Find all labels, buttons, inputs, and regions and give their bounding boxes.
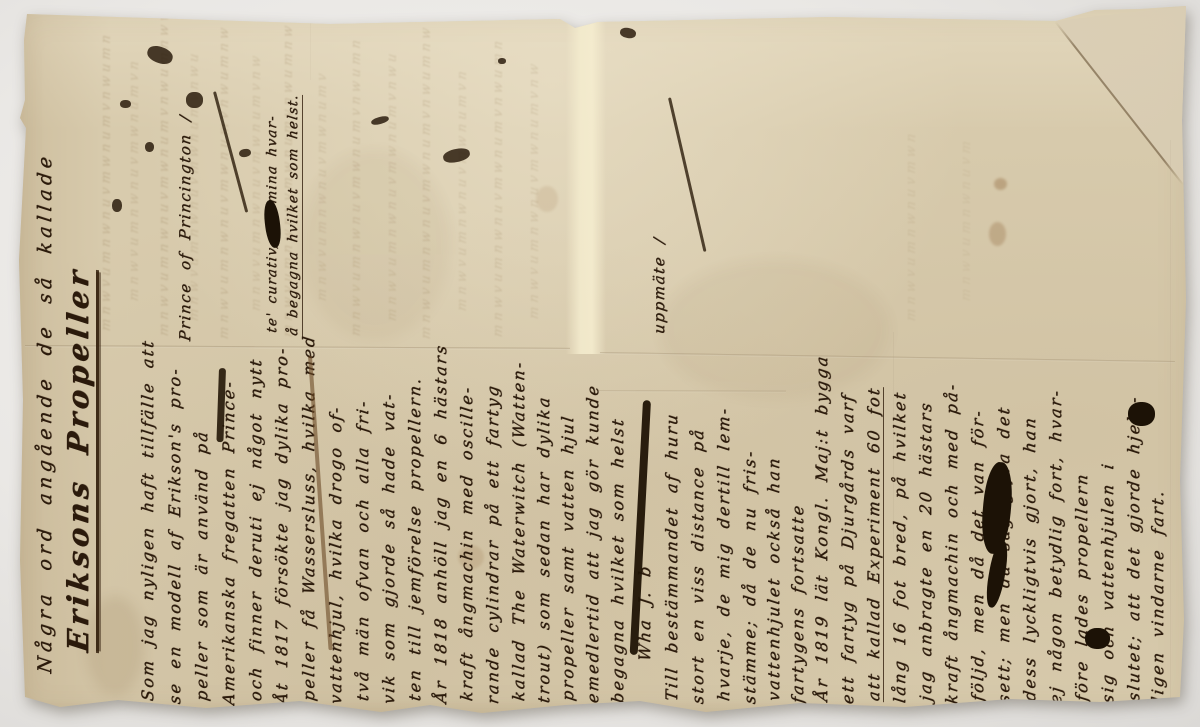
handwriting-line: vik som gjorde så hade vat-: [381, 391, 397, 705]
ghost-handwriting-column: mnwvumnwnuvmwnumvn: [456, 66, 469, 312]
handwriting-line: och finner deruti ej något nytt: [248, 357, 264, 702]
handwriting-line: kallad The Waterwitch (Watten-: [511, 360, 527, 702]
handwriting-line: kraft ångmachin och med på-: [944, 382, 960, 705]
ink-speck: [120, 100, 131, 108]
handwriting-line: fartygens fortsatte: [790, 503, 806, 704]
vertical-fold-crease: [310, 20, 311, 80]
handwriting-line: emedlertid att jag gör kunde: [585, 383, 601, 704]
handwriting-line: uppmäte /: [652, 236, 667, 335]
ink-speck: [573, 13, 603, 22]
handwriting-line: begagna hvilket som helst: [610, 416, 626, 704]
handwriting-line: å begagna hvilket som helst.: [287, 93, 303, 336]
ink-speck: [498, 58, 506, 64]
handwriting-line: två män ofvan och alla fri-: [355, 398, 371, 702]
ink-blot: [1128, 402, 1155, 426]
handwriting-line: Prince of Princington /: [178, 113, 193, 341]
paper-shadow: mnwvumnwnuvmwnumvnwumnmnwvumnwnuvmwnumvn…: [0, 0, 1200, 727]
ink-blot: [1085, 628, 1110, 649]
handwriting-line: ett fartyg på Djurgårds varf: [840, 392, 856, 705]
horizontal-fold-crease: [596, 390, 786, 393]
handwriting-line: ten till jemförelse propellern.: [407, 376, 423, 702]
paper-stain: [300, 150, 450, 340]
handwriting-line: peller som är använd på: [194, 429, 210, 702]
handwriting-line: slutet; att det gjorde hjelp-: [1126, 394, 1142, 702]
tape-repair-strip: [566, 12, 606, 354]
handwriting-line: kraft ångmachin med oscille-: [459, 385, 475, 702]
brown-spot: [994, 178, 1007, 190]
ghost-handwriting-column: mnwvumnwnuvmwnumvnwumnw: [218, 23, 231, 340]
handwriting-line: dess lyckligtvis gjort, han: [1022, 415, 1038, 702]
ghost-handwriting-column: mnwvumnwnuvmwnumvnwumn: [492, 36, 505, 338]
ink-speck: [186, 92, 203, 108]
handwriting-line: Några ord angående de så kallade: [36, 151, 55, 674]
handwriting-line: före lades propellern: [1074, 471, 1090, 701]
horizontal-fold-crease: [25, 345, 570, 350]
paper-stain: [660, 260, 890, 400]
handwriting-line: År 1818 anhöll jag en 6 hästars: [433, 343, 449, 704]
photo-of-letter: mnwvumnwnuvmwnumvnwumnmnwvumnwnuvmwnumvn…: [0, 0, 1200, 727]
pen-stroke: [668, 97, 706, 252]
handwriting-line: följd, men då det van för-: [970, 408, 986, 702]
ink-speck: [619, 27, 636, 40]
handwriting-line: Som jag nyligen haft tillfälle att: [140, 338, 156, 702]
handwriting-line: vattenhjul, hvilka drogo of-: [328, 405, 344, 705]
paper: mnwvumnwnuvmwnumvnwumnmnwvumnwnuvmwnumvn…: [0, 0, 1200, 727]
handwriting-line: sig och vattenhjulen i: [1100, 461, 1116, 704]
ghost-handwriting-column: mnwvumnwnuvm: [960, 136, 973, 302]
ghost-handwriting-column: mnwvumnwnuvmwnumvn: [128, 56, 141, 302]
ghost-handwriting-column: mnwvumnwnuvmwn: [905, 129, 918, 322]
handwriting-line: peller få Wassersluss, hvilka med: [301, 334, 317, 702]
vertical-fold-crease: [1170, 140, 1171, 700]
handwriting-line: ligen vindarne fart.: [1150, 488, 1166, 703]
ink-speck: [145, 142, 154, 152]
handwriting-line: jag anbragte en 20 hästars: [918, 400, 934, 702]
handwriting-line: stämme; då de nu fris-: [742, 448, 758, 705]
ghost-handwriting-column: mnwvumnwnuvmwnumvnw: [250, 51, 263, 312]
handwriting-line: propeller samt vatten hjul: [560, 414, 576, 702]
handwriting-line: År 1819 lät Kongl. Maj:t bygga: [814, 354, 830, 702]
brown-spot: [536, 186, 558, 212]
brown-spot: [989, 222, 1006, 246]
ghost-handwriting-column: mnwvumnwnuvmwnumvnwumn: [100, 30, 113, 332]
handwriting-line: lång 16 fot bred, på hvilket: [892, 390, 908, 704]
handwriting-line: hvarje, de mig dertill lem-: [716, 406, 732, 702]
handwriting-line: trout) som sedan har dylika: [536, 395, 552, 704]
handwriting-line: rande cylindrar på ett fartyg: [485, 383, 501, 705]
handwriting-line: ej någon betydlig fort, hvar-: [1048, 388, 1064, 705]
ink-speck: [112, 199, 122, 212]
handwriting-line: vattenhjulet också han: [766, 455, 782, 702]
handwriting-line: stort en viss distance på: [690, 427, 706, 705]
handwriting-line: att kallad Experiment 60 fot: [866, 386, 884, 703]
handwriting-line: Eriksons Propeller: [64, 265, 96, 654]
handwriting-line: Till bestämmandet af huru: [664, 411, 680, 701]
handwriting-line: Åt 1817 försökte jag dylika pro-: [274, 345, 290, 705]
handwriting-line: se en modell af Erikson's pro-: [167, 366, 183, 705]
